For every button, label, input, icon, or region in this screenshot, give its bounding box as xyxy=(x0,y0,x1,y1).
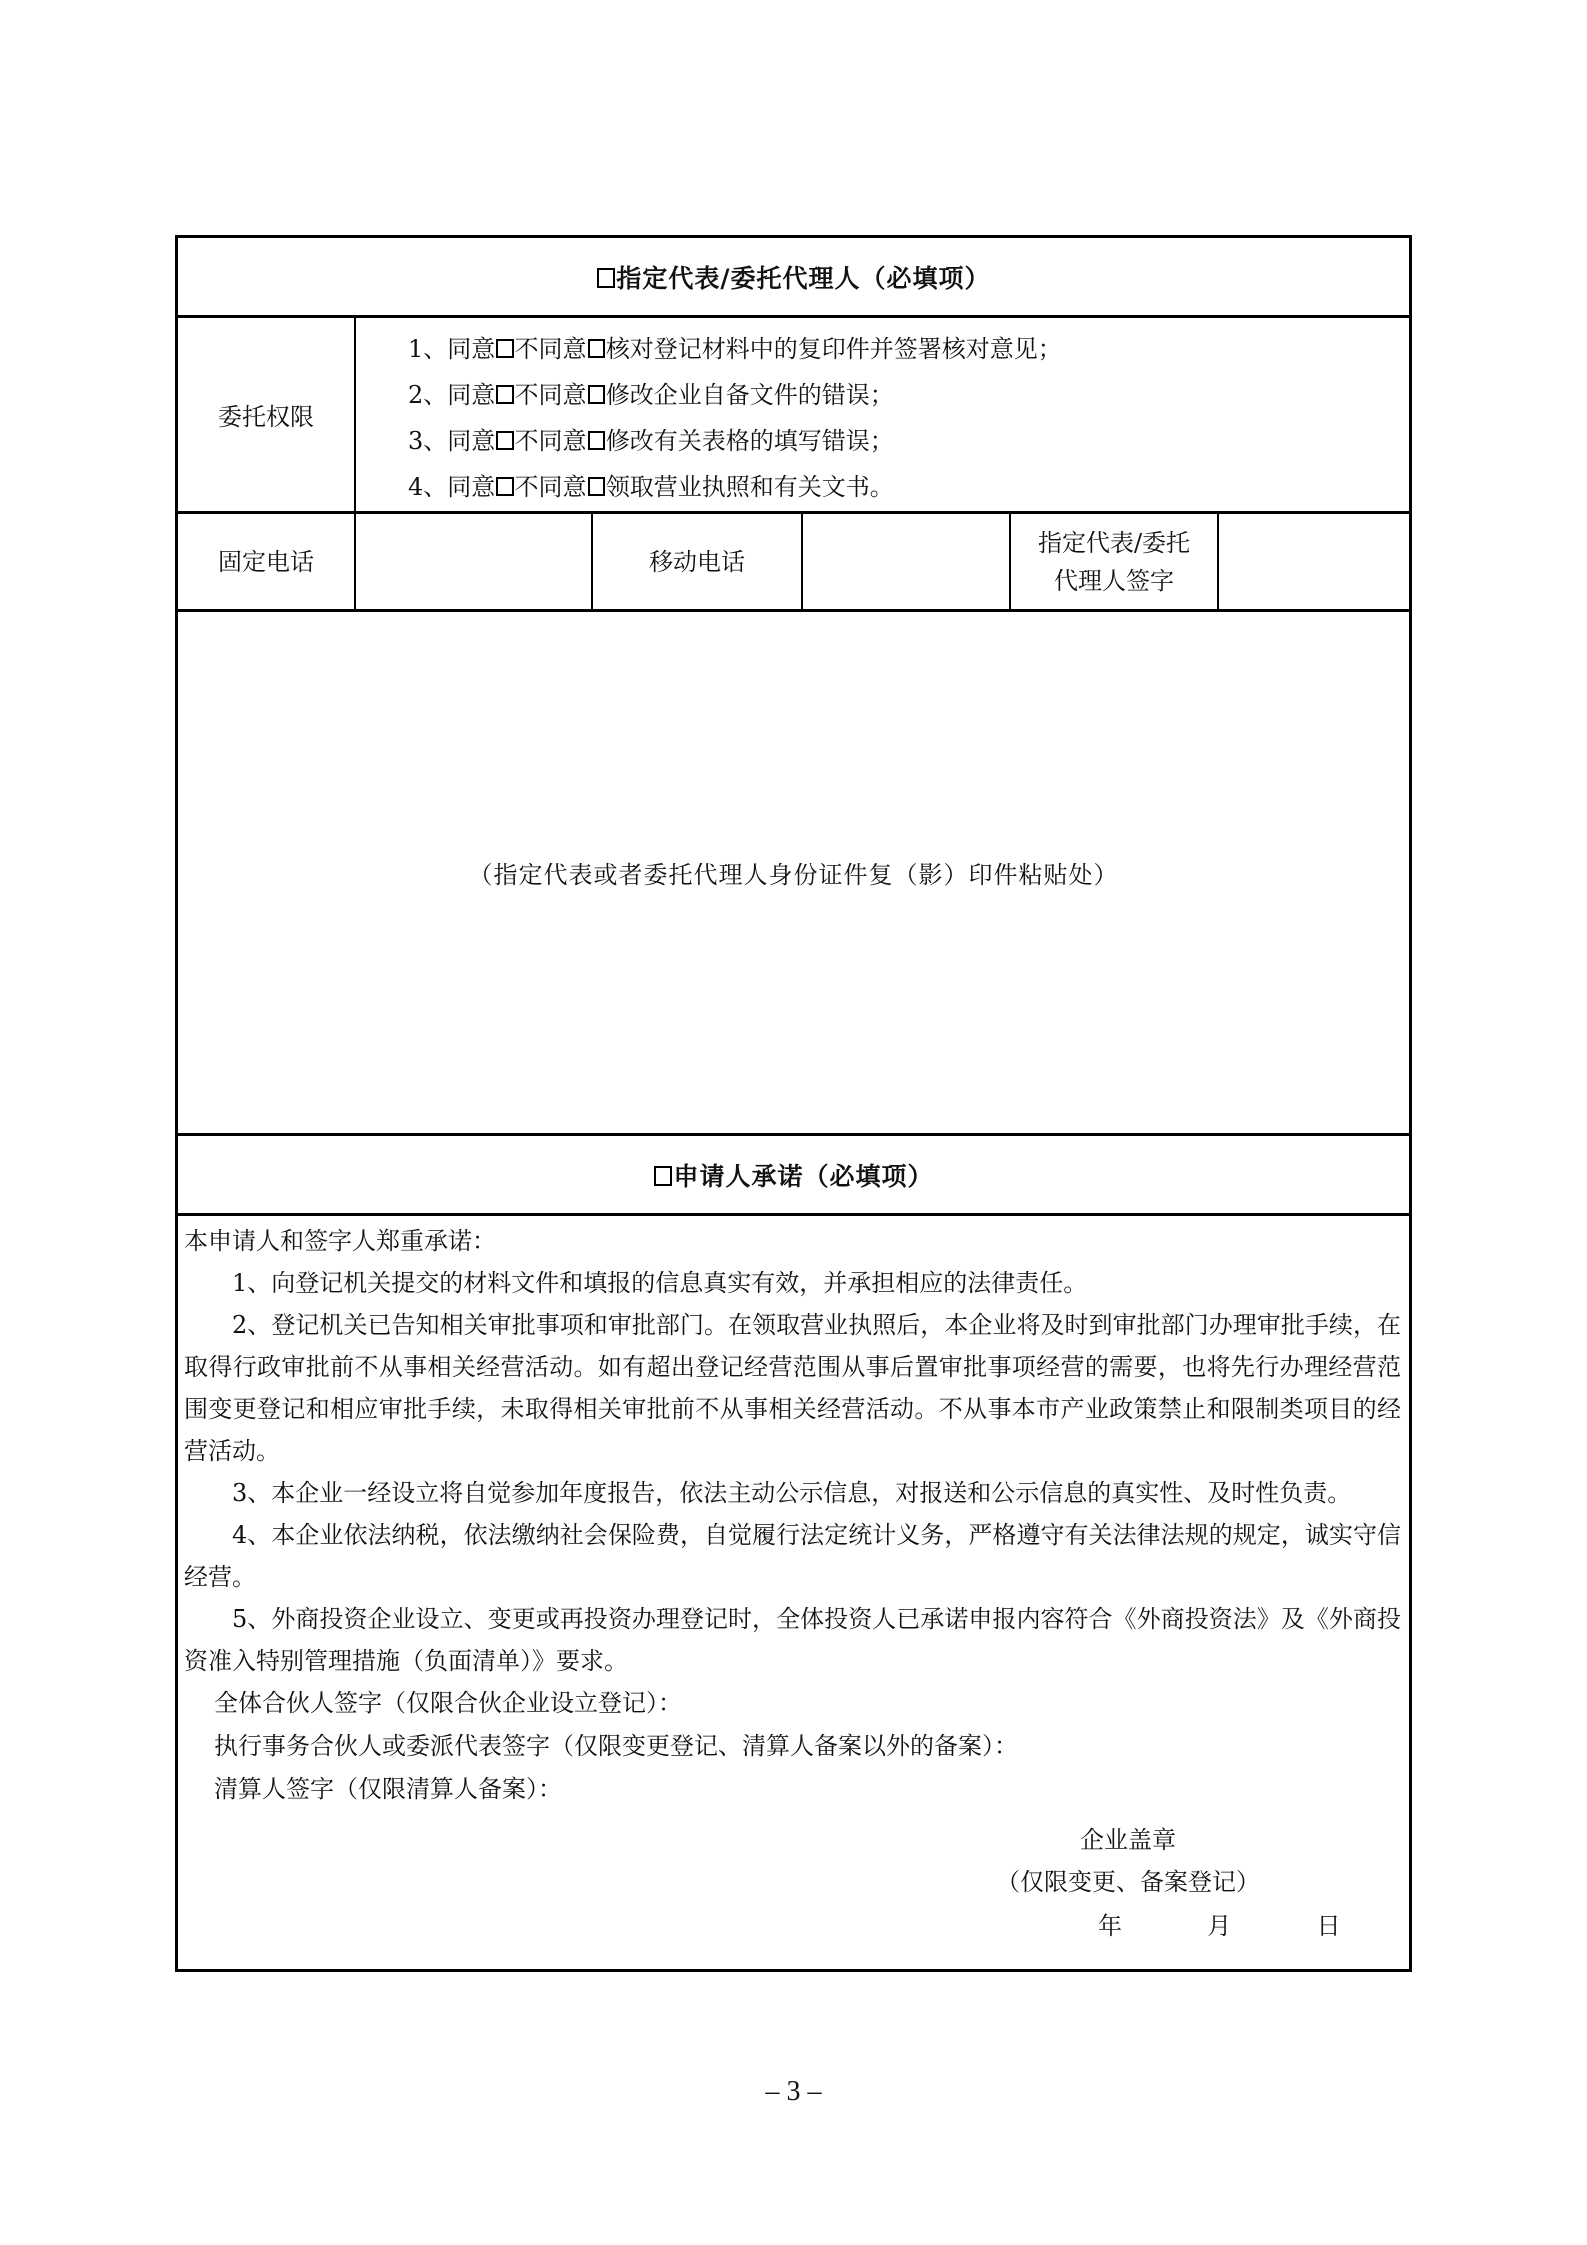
agree-label: 同意 xyxy=(447,335,495,363)
company-seal-label: 企业盖章 xyxy=(1008,1820,1248,1855)
page-number: – 3 – xyxy=(0,2076,1587,2108)
partners-signature-line[interactable]: 全体合伙人签字（仅限合伙企业设立登记）： xyxy=(184,1682,1401,1725)
permission-number: 1、 xyxy=(408,335,447,363)
promise-item: 2、登记机关已告知相关审批事项和审批部门。在领取营业执照后，本企业将及时到审批部… xyxy=(184,1304,1401,1472)
disagree-checkbox[interactable] xyxy=(588,385,605,404)
agree-checkbox[interactable] xyxy=(496,477,513,496)
permission-text: 核对登记材料中的复印件并签署核对意见； xyxy=(606,335,1062,363)
promise-item: 4、本企业依法纳税，依法缴纳社会保险费，自觉履行法定统计义务，严格遵守有关法律法… xyxy=(184,1514,1401,1598)
permission-text: 修改企业自备文件的错误； xyxy=(606,381,894,409)
disagree-checkbox[interactable] xyxy=(588,339,605,358)
agent-section-checkbox[interactable] xyxy=(597,268,615,288)
mobile-phone-field[interactable] xyxy=(803,514,1011,609)
disagree-label: 不同意 xyxy=(515,335,587,363)
agent-section-title: 指定代表/委托代理人（必填项） xyxy=(596,259,990,295)
promise-item: 1、向登记机关提交的材料文件和填报的信息真实有效，并承担相应的法律责任。 xyxy=(184,1262,1401,1304)
promise-intro: 本申请人和签字人郑重承诺： xyxy=(184,1220,1401,1262)
promise-section-checkbox[interactable] xyxy=(654,1166,672,1186)
agree-checkbox[interactable] xyxy=(496,339,513,358)
signature-label-line1: 指定代表/委托 xyxy=(1038,524,1190,562)
id-copy-paste-area: （指定代表或者委托代理人身份证件复（影）印件粘贴处） xyxy=(178,612,1409,1136)
permissions-row: 委托权限 1、同意不同意核对登记材料中的复印件并签署核对意见； 2、同意不同意修… xyxy=(178,318,1409,514)
disagree-label: 不同意 xyxy=(515,381,587,409)
mobile-phone-label: 移动电话 xyxy=(593,514,803,609)
disagree-label: 不同意 xyxy=(515,427,587,455)
company-seal-note: （仅限变更、备案登记） xyxy=(938,1862,1318,1897)
promise-body: 本申请人和签字人郑重承诺： 1、向登记机关提交的材料文件和填报的信息真实有效，并… xyxy=(178,1216,1409,1969)
signature-label: 指定代表/委托 代理人签字 xyxy=(1011,514,1219,609)
permission-item: 4、同意不同意领取营业执照和有关文书。 xyxy=(408,464,1399,510)
permission-item: 1、同意不同意核对登记材料中的复印件并签署核对意见； xyxy=(408,326,1399,372)
agree-checkbox[interactable] xyxy=(496,431,513,450)
promise-section-title-text: 申请人承诺（必填项） xyxy=(673,1162,933,1191)
permission-text: 修改有关表格的填写错误； xyxy=(606,427,894,455)
permissions-list: 1、同意不同意核对登记材料中的复印件并签署核对意见； 2、同意不同意修改企业自备… xyxy=(408,326,1399,510)
agent-section-title-text: 指定代表/委托代理人（必填项） xyxy=(616,264,990,293)
permission-number: 2、 xyxy=(408,381,447,409)
promise-item: 5、外商投资企业设立、变更或再投资办理登记时，全体投资人已承诺申报内容符合《外商… xyxy=(184,1598,1401,1682)
agent-section-header: 指定代表/委托代理人（必填项） xyxy=(178,238,1409,318)
permission-number: 4、 xyxy=(408,473,447,501)
promise-section-title: 申请人承诺（必填项） xyxy=(653,1157,933,1193)
date-line: 年 月 日 xyxy=(1098,1906,1341,1941)
permission-item: 3、同意不同意修改有关表格的填写错误； xyxy=(408,418,1399,464)
promise-item: 3、本企业一经设立将自觉参加年度报告，依法主动公示信息，对报送和公示信息的真实性… xyxy=(184,1472,1401,1514)
disagree-label: 不同意 xyxy=(515,473,587,501)
signature-field[interactable] xyxy=(1219,514,1409,609)
date-day: 日 xyxy=(1317,1906,1341,1941)
agree-label: 同意 xyxy=(447,473,495,501)
signature-label-line2: 代理人签字 xyxy=(1054,562,1174,600)
promise-section-header: 申请人承诺（必填项） xyxy=(178,1136,1409,1216)
agree-label: 同意 xyxy=(447,427,495,455)
agree-checkbox[interactable] xyxy=(496,385,513,404)
permission-item: 2、同意不同意修改企业自备文件的错误； xyxy=(408,372,1399,418)
permission-number: 3、 xyxy=(408,427,447,455)
liquidator-signature-line[interactable]: 清算人签字（仅限清算人备案）： xyxy=(184,1768,1401,1811)
disagree-checkbox[interactable] xyxy=(588,477,605,496)
permissions-label: 委托权限 xyxy=(178,318,356,511)
agree-label: 同意 xyxy=(447,381,495,409)
fixed-phone-label: 固定电话 xyxy=(178,514,356,609)
date-year: 年 xyxy=(1098,1906,1122,1941)
permission-text: 领取营业执照和有关文书。 xyxy=(606,473,894,501)
contact-row: 固定电话 移动电话 指定代表/委托 代理人签字 xyxy=(178,514,1409,612)
id-copy-placeholder: （指定代表或者委托代理人身份证件复（影）印件粘贴处） xyxy=(469,855,1119,890)
date-month: 月 xyxy=(1207,1906,1231,1941)
registration-form-table: 指定代表/委托代理人（必填项） 委托权限 1、同意不同意核对登记材料中的复印件并… xyxy=(175,235,1412,1972)
executive-partner-signature-line[interactable]: 执行事务合伙人或委派代表签字（仅限变更登记、清算人备案以外的备案）： xyxy=(184,1725,1401,1768)
disagree-checkbox[interactable] xyxy=(588,431,605,450)
fixed-phone-field[interactable] xyxy=(356,514,593,609)
